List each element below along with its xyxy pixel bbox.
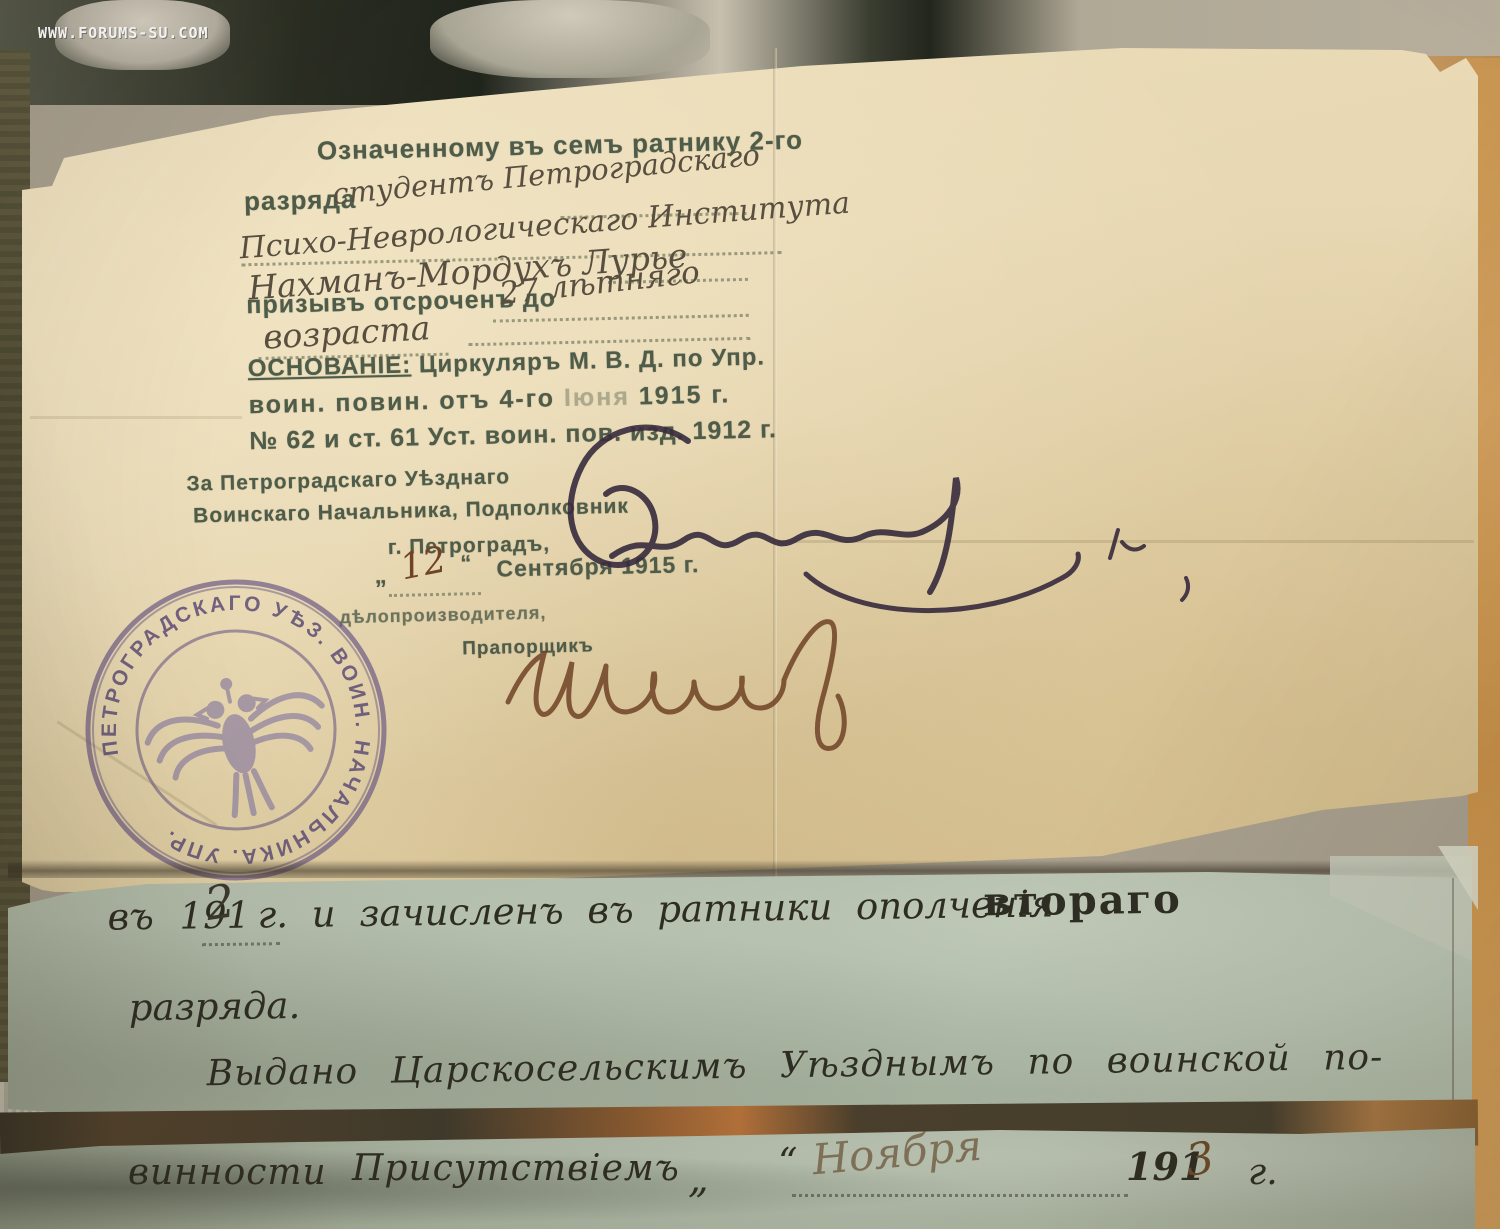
lower-open-quote: „ — [688, 1156, 709, 1202]
printed-vydano-line: Выдано Царскосельскимъ Уѣзднымъ по воинс… — [206, 1037, 1383, 1094]
forum-watermark: WWW.FORUMS-SU.COM — [38, 24, 209, 42]
printed-g-period: г. — [1248, 1152, 1278, 1193]
lower-close-quote: “ — [778, 1140, 797, 1184]
dotted-rule-year — [202, 942, 280, 946]
printed-razryada: разряда. — [129, 984, 301, 1029]
printed-enlisted-line: г. и зачисленъ въ ратники ополченія — [257, 882, 1054, 936]
lower-strip1-text-block: въ 191 2 г. и зачисленъ въ ратники ополч… — [0, 0, 1500, 1229]
printed-prisutstviem: Присутствіемъ — [352, 1148, 680, 1189]
printed-vtorago-bold: втораго — [983, 876, 1182, 926]
photo-of-historical-document: Означенному въ семъ ратнику 2-го разряда… — [0, 0, 1500, 1229]
dotted-rule-month — [792, 1194, 1128, 1197]
printed-vinnosti: винности — [128, 1152, 327, 1193]
